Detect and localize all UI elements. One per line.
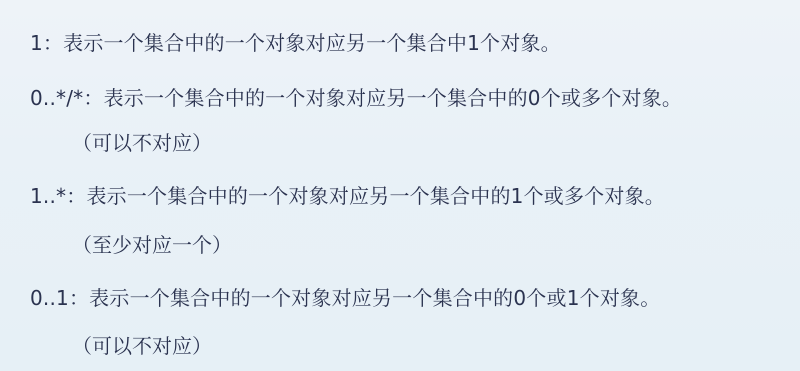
multiplicity-note: （可以不对应） xyxy=(72,130,212,156)
multiplicity-key: 0..1： xyxy=(30,286,89,310)
multiplicity-1-line: 1：表示一个集合中的一个对象对应另一个集合中1个对象。 xyxy=(30,30,561,56)
multiplicity-description: 表示一个集合中的一个对象对应另一个集合中的1个或多个对象。 xyxy=(86,184,665,208)
multiplicity-description: 表示一个集合中的一个对象对应另一个集合中1个对象。 xyxy=(63,31,561,55)
multiplicity-key: 0..*/*： xyxy=(30,86,104,110)
multiplicity-1-many-line: 1..*：表示一个集合中的一个对象对应另一个集合中的1个或多个对象。 xyxy=(30,183,665,209)
multiplicity-key: 1： xyxy=(30,31,63,55)
multiplicity-description: 表示一个集合中的一个对象对应另一个集合中的0个或1个对象。 xyxy=(89,286,660,310)
multiplicity-key: 1..*： xyxy=(30,184,86,208)
multiplicity-0-many-line: 0..*/*：表示一个集合中的一个对象对应另一个集合中的0个或多个对象。 xyxy=(30,85,682,111)
multiplicity-note: （至少对应一个） xyxy=(72,232,232,258)
slide: 1：表示一个集合中的一个对象对应另一个集合中1个对象。 0..*/*：表示一个集… xyxy=(0,0,800,371)
multiplicity-0-1-line: 0..1：表示一个集合中的一个对象对应另一个集合中的0个或1个对象。 xyxy=(30,285,660,311)
multiplicity-description: 表示一个集合中的一个对象对应另一个集合中的0个或多个对象。 xyxy=(104,86,683,110)
multiplicity-note: （可以不对应） xyxy=(72,333,212,359)
